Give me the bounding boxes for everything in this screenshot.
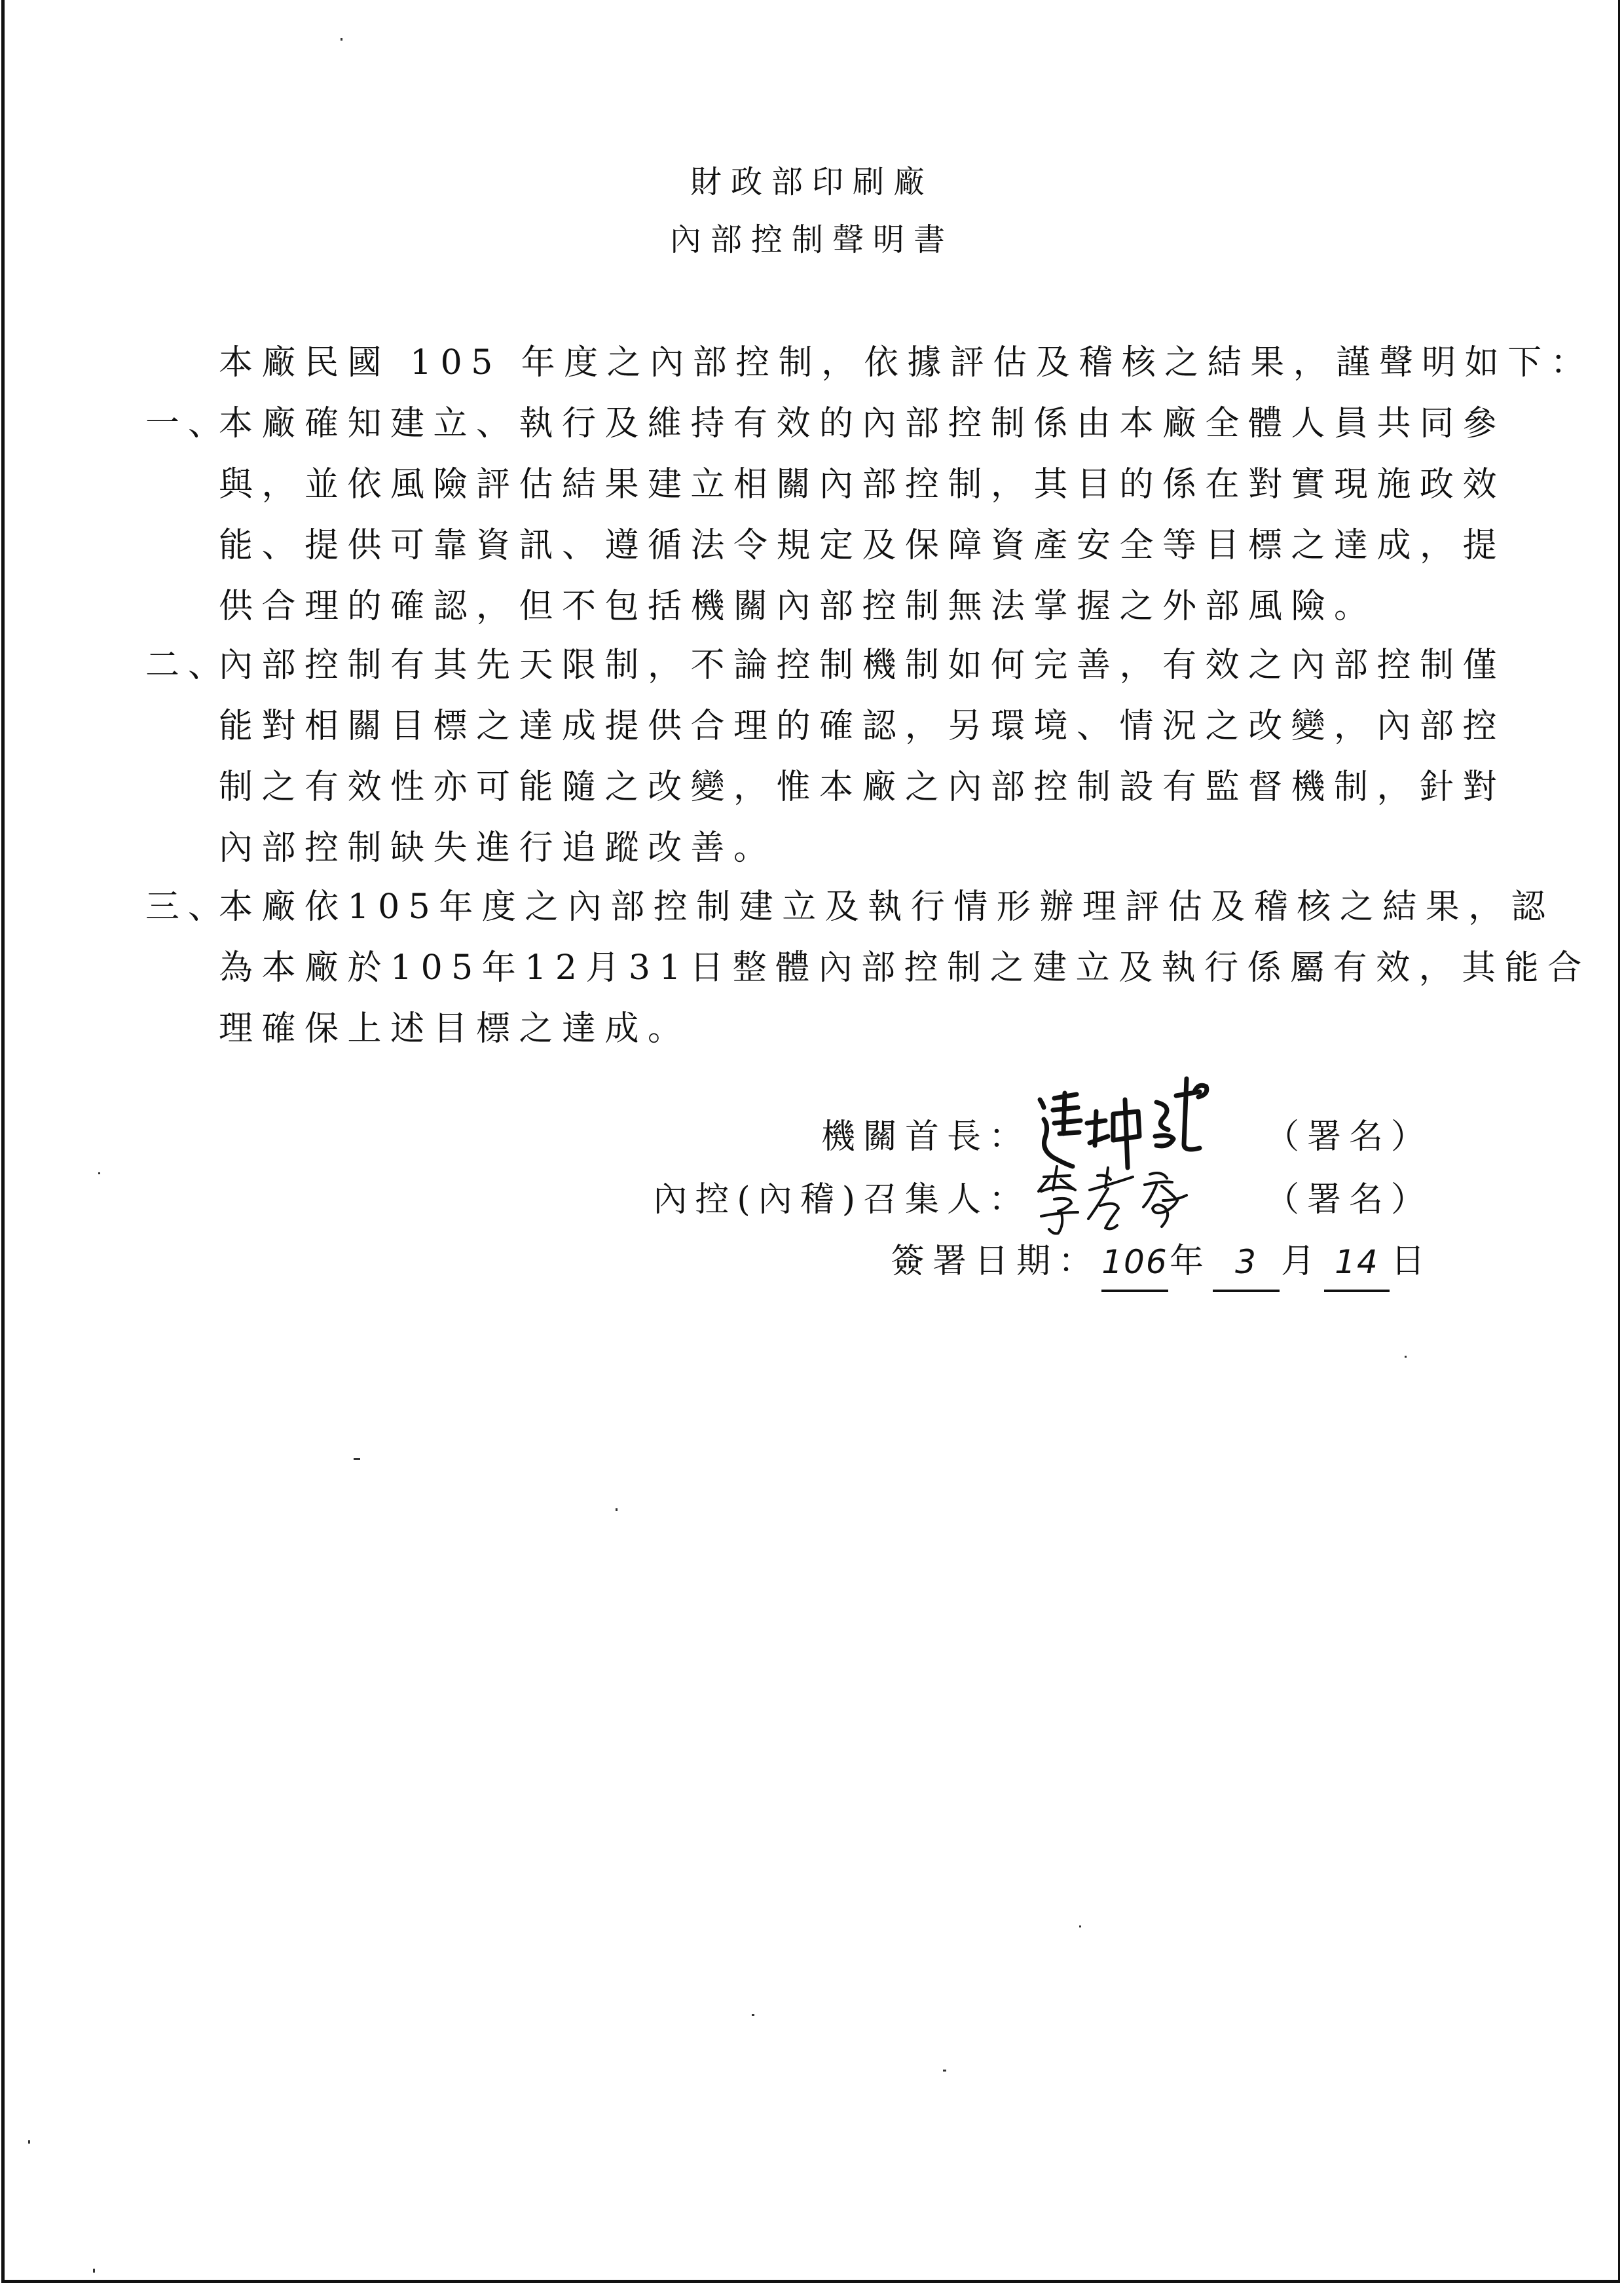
item-line: 為本廠於105年12月31日整體內部控制之建立及執行係屬有效，其能合 bbox=[219, 938, 1591, 999]
item-line: 供合理的確認，但不包括機關內部控制無法掌握之外部風險。 bbox=[219, 576, 1505, 637]
signing-date-label: 簽署日期： bbox=[891, 1231, 1100, 1292]
date-year-field: 106 bbox=[1101, 1235, 1168, 1292]
scan-speck bbox=[28, 2140, 30, 2144]
item-line: 能、提供可靠資訊、遵循法令規定及保障資產安全等目標之達成，提 bbox=[219, 515, 1505, 576]
scan-speck bbox=[354, 1458, 360, 1460]
scan-speck bbox=[616, 1508, 618, 1511]
intro-paragraph: 本廠民國 105 年度之內部控制，依據評估及稽核之結果，謹聲明如下： bbox=[219, 333, 1593, 394]
scan-speck bbox=[98, 1172, 100, 1174]
item-line: 本廠依105年度之內部控制建立及執行情形辦理評估及稽核之結果，認 bbox=[219, 877, 1591, 938]
scan-speck bbox=[752, 2014, 754, 2016]
organization-name: 財政部印刷廠 bbox=[0, 162, 1624, 202]
scan-speck bbox=[93, 2269, 95, 2273]
document-title: 內部控制聲明書 bbox=[0, 220, 1624, 259]
agency-head-sign-note: （署名） bbox=[1265, 1107, 1433, 1168]
agency-head-signature-row: 機關首長： （署名） bbox=[821, 1107, 1433, 1168]
item-line: 內部控制有其先天限制，不論控制機制如何完善，有效之內部控制僅 bbox=[219, 635, 1505, 696]
item-marker: 二、 bbox=[145, 635, 231, 696]
convener-signature-row: 內控(內稽)召集人： （署名） bbox=[653, 1170, 1433, 1231]
item-line: 理確保上述目標之達成。 bbox=[219, 999, 1591, 1060]
item-line: 制之有效性亦可能隨之改變，惟本廠之內部控制設有監督機制，針對 bbox=[219, 757, 1505, 818]
date-month-field: 3 bbox=[1213, 1235, 1280, 1292]
agency-head-handwritten-signature bbox=[1035, 1107, 1251, 1168]
item-line: 與，並依風險評估結果建立相關內部控制，其目的係在對實現施政效 bbox=[219, 455, 1505, 515]
convener-handwritten-signature bbox=[1035, 1170, 1251, 1231]
convener-sign-note: （署名） bbox=[1265, 1170, 1433, 1231]
scan-speck bbox=[1079, 1925, 1081, 1927]
date-day-field: 14 bbox=[1324, 1235, 1390, 1292]
convener-label: 內控(內稽)召集人： bbox=[653, 1170, 1031, 1231]
date-day-unit: 日 bbox=[1391, 1231, 1433, 1292]
scan-speck bbox=[341, 38, 342, 41]
agency-head-label: 機關首長： bbox=[821, 1107, 1031, 1168]
item-marker: 一、 bbox=[145, 394, 231, 455]
signing-date-row: 簽署日期： 106 年 3 月 14 日 bbox=[891, 1231, 1433, 1292]
scan-speck bbox=[1405, 1356, 1407, 1358]
date-month-unit: 月 bbox=[1281, 1231, 1323, 1292]
date-year-unit: 年 bbox=[1170, 1231, 1211, 1292]
scan-speck bbox=[943, 2070, 946, 2072]
item-line: 能對相關目標之達成提供合理的確認，另環境、情況之改變，內部控 bbox=[219, 696, 1505, 757]
item-marker: 三、 bbox=[145, 877, 231, 938]
item-line: 內部控制缺失進行追蹤改善。 bbox=[219, 818, 1505, 879]
item-line: 本廠確知建立、執行及維持有效的內部控制係由本廠全體人員共同參 bbox=[219, 394, 1505, 455]
